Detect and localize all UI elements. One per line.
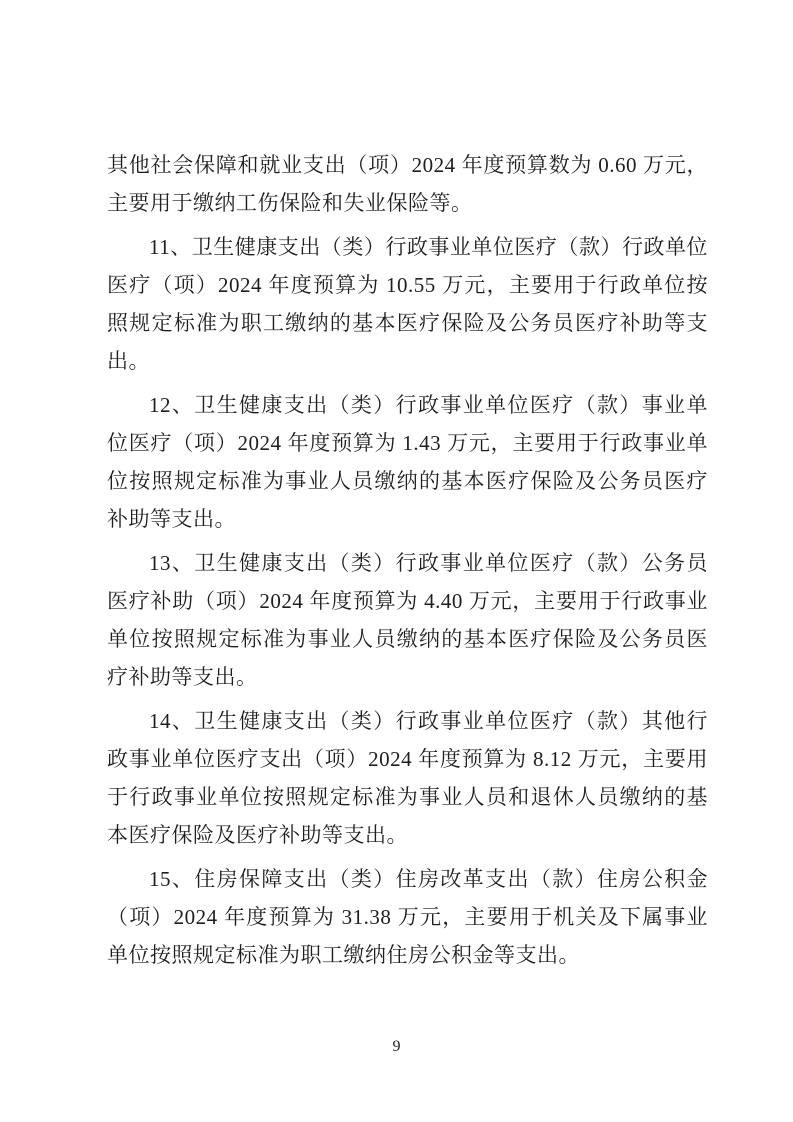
paragraph-continuation: 其他社会保障和就业支出（项）2024 年度预算数为 0.60 万元，主要用于缴纳…: [107, 146, 708, 222]
document-page: 其他社会保障和就业支出（项）2024 年度预算数为 0.60 万元，主要用于缴纳…: [0, 0, 793, 1122]
page-number: 9: [0, 1038, 793, 1056]
document-body: 其他社会保障和就业支出（项）2024 年度预算数为 0.60 万元，主要用于缴纳…: [107, 146, 708, 980]
paragraph-item-13: 13、卫生健康支出（类）行政事业单位医疗（款）公务员医疗补助（项）2024 年度…: [107, 544, 708, 696]
paragraph-item-12: 12、卫生健康支出（类）行政事业单位医疗（款）事业单位医疗（项）2024 年度预…: [107, 386, 708, 538]
paragraph-item-14: 14、卫生健康支出（类）行政事业单位医疗（款）其他行政事业单位医疗支出（项）20…: [107, 702, 708, 854]
paragraph-item-15: 15、住房保障支出（类）住房改革支出（款）住房公积金（项）2024 年度预算为 …: [107, 860, 708, 974]
paragraph-item-11: 11、卫生健康支出（类）行政事业单位医疗（款）行政单位医疗（项）2024 年度预…: [107, 228, 708, 380]
